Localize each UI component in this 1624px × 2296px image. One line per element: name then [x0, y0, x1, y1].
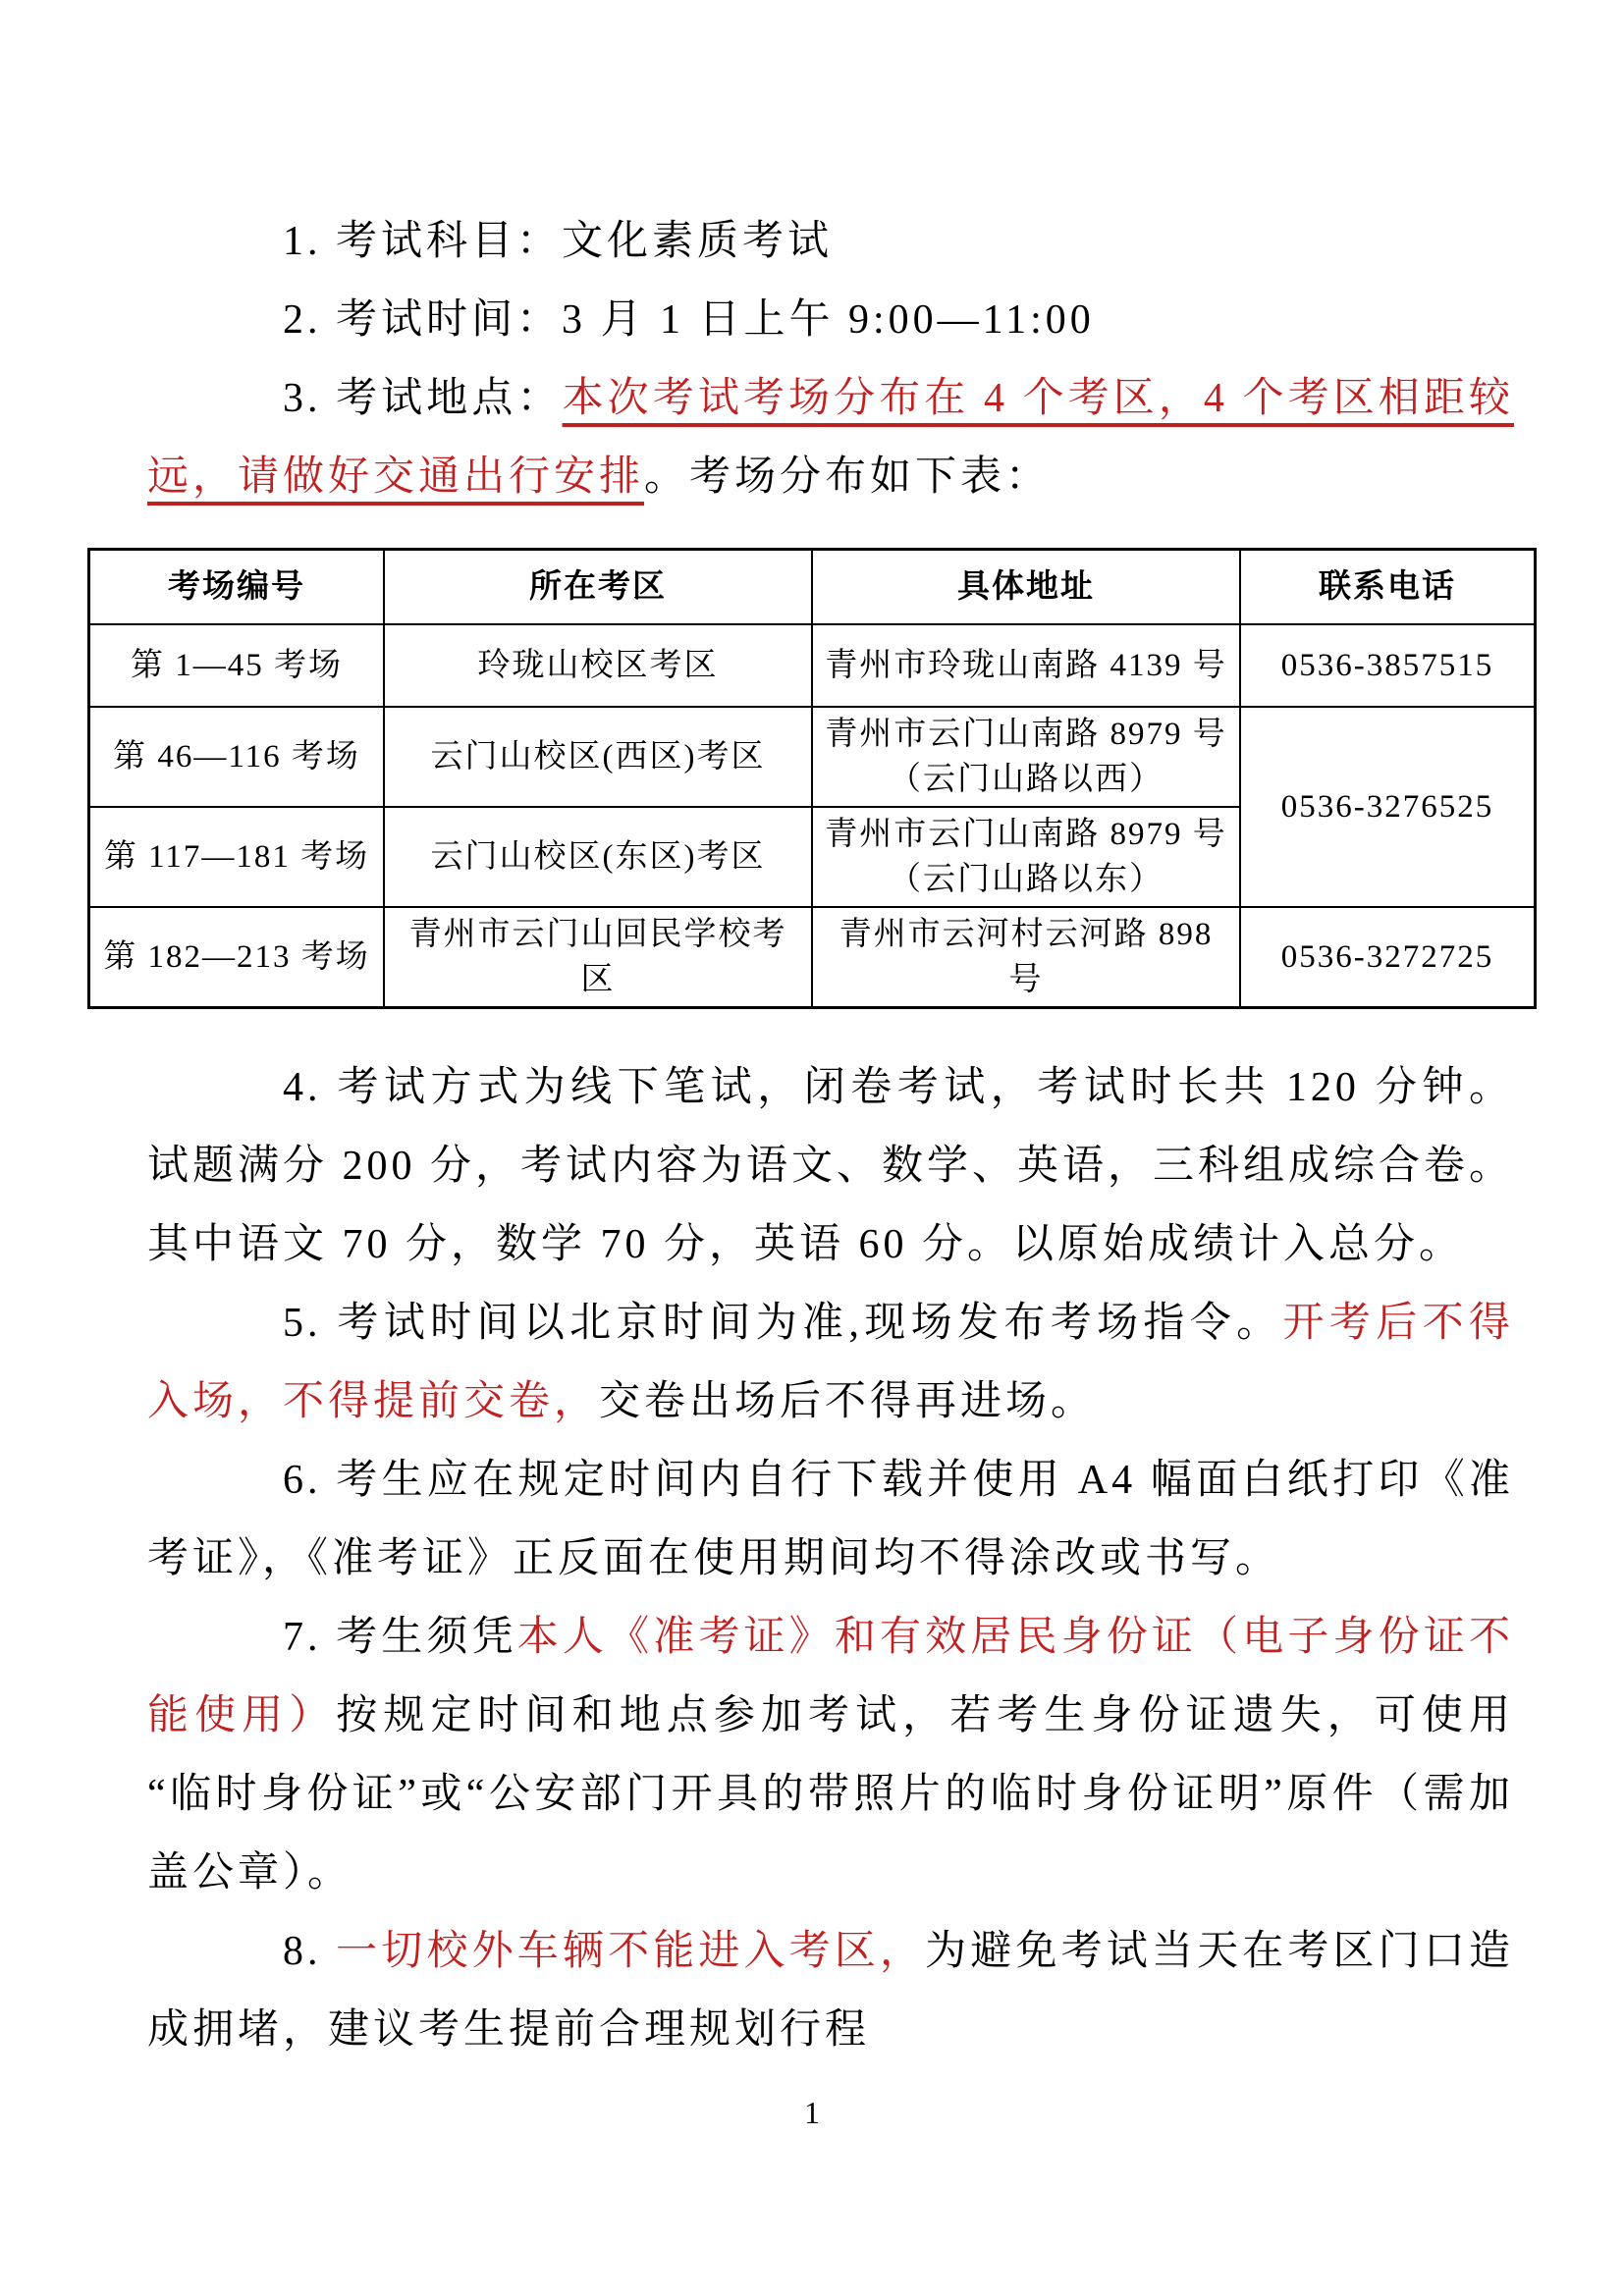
address-line-2: （云门山路以东）: [823, 857, 1229, 902]
cell-venue-range: 第 182—213 考场: [89, 907, 384, 1008]
item-exam-subject: 1. 考试科目：文化素质考试: [147, 202, 1514, 281]
col-header-address: 具体地址: [812, 550, 1240, 624]
item-id-suffix: 按规定时间和地点参加考试，若考生身份证遗失，可使用“临时身份证”或“公安部门开具…: [147, 1693, 1514, 1896]
notice-body: 1. 考试科目：文化素质考试 2. 考试时间：3 月 1 日上午 9:00—11…: [0, 0, 1624, 2131]
item-exam-location-suffix: 。考场分布如下表：: [644, 454, 1051, 500]
cell-phone-merged: 0536-3276525: [1240, 707, 1536, 907]
cell-phone: 0536-3272725: [1240, 907, 1536, 1008]
exam-venue-table: 考场编号 所在考区 具体地址 联系电话 第 1—45 考场 玲珑山校区考区 青州…: [87, 548, 1537, 1009]
cell-venue-range: 第 117—181 考场: [89, 807, 384, 907]
item-admission-ticket-text: 6. 考生应在规定时间内自行下载并使用 A4 幅面白纸打印《准考证》，《准考证》…: [147, 1458, 1514, 1581]
cell-address: 青州市玲珑山南路 4139 号: [812, 624, 1240, 707]
item-exam-timing-prefix: 5. 考试时间以北京时间为准,现场发布考场指令。: [283, 1301, 1283, 1346]
item-exam-timing-rules: 5. 考试时间以北京时间为准,现场发布考场指令。开考后不得入场，不得提前交卷，交…: [147, 1284, 1514, 1441]
item-exam-format: 4. 考试方式为线下笔试，闭卷考试，考试时长共 120 分钟。试题满分 200 …: [147, 1048, 1514, 1284]
cell-venue-range: 第 46—116 考场: [89, 707, 384, 807]
cell-venue-range: 第 1—45 考场: [89, 624, 384, 707]
cell-phone: 0536-3857515: [1240, 624, 1536, 707]
table-header-row: 考场编号 所在考区 具体地址 联系电话: [89, 550, 1536, 624]
item-id-prefix: 7. 考生须凭: [283, 1615, 517, 1660]
document-page: 1. 考试科目：文化素质考试 2. 考试时间：3 月 1 日上午 9:00—11…: [0, 0, 1624, 2296]
item-exam-time-text: 2. 考试时间：3 月 1 日上午 9:00—11:00: [283, 297, 1095, 343]
cell-district: 青州市云门山回民学校考区: [384, 907, 812, 1008]
table-row: 第 182—213 考场 青州市云门山回民学校考区 青州市云河村云河路 898 …: [89, 907, 1536, 1008]
item-vehicle-rules: 8. 一切校外车辆不能进入考区，为避免考试当天在考区门口造成拥堵，建议考生提前合…: [147, 1912, 1514, 2069]
col-header-phone: 联系电话: [1240, 550, 1536, 624]
item-exam-location-label: 3. 考试地点：: [283, 376, 563, 421]
cell-district: 云门山校区(东区)考区: [384, 807, 812, 907]
cell-district: 玲珑山校区考区: [384, 624, 812, 707]
table-row: 第 1—45 考场 玲珑山校区考区 青州市玲珑山南路 4139 号 0536-3…: [89, 624, 1536, 707]
vehicle-ban-highlight: 一切校外车辆不能进入考区，: [336, 1929, 925, 1974]
address-line-1: 青州市云门山南路 8979 号: [823, 812, 1229, 857]
item-vehicle-prefix: 8.: [283, 1929, 336, 1974]
item-exam-location: 3. 考试地点：本次考试考场分布在 4 个考区，4 个考区相距较远，请做好交通出…: [147, 359, 1514, 516]
address-line-1: 青州市云门山南路 8979 号: [823, 712, 1229, 757]
page-number: 1: [0, 2095, 1624, 2131]
cell-address: 青州市云门山南路 8979 号 （云门山路以东）: [812, 807, 1240, 907]
table-row: 第 46—116 考场 云门山校区(西区)考区 青州市云门山南路 8979 号 …: [89, 707, 1536, 807]
item-exam-subject-text: 1. 考试科目：文化素质考试: [283, 219, 833, 264]
item-exam-format-text: 4. 考试方式为线下笔试，闭卷考试，考试时长共 120 分钟。试题满分 200 …: [147, 1065, 1514, 1267]
address-line-2: （云门山路以西）: [823, 757, 1229, 802]
col-header-venue-number: 考场编号: [89, 550, 384, 624]
item-exam-time: 2. 考试时间：3 月 1 日上午 9:00—11:00: [147, 281, 1514, 359]
col-header-district: 所在考区: [384, 550, 812, 624]
item-id-requirements: 7. 考生须凭本人《准考证》和有效居民身份证（电子身份证不能使用）按规定时间和地…: [147, 1598, 1514, 1912]
item-admission-ticket: 6. 考生应在规定时间内自行下载并使用 A4 幅面白纸打印《准考证》，《准考证》…: [147, 1441, 1514, 1598]
cell-address: 青州市云门山南路 8979 号 （云门山路以西）: [812, 707, 1240, 807]
cell-district: 云门山校区(西区)考区: [384, 707, 812, 807]
item-exam-timing-suffix: 交卷出场后不得再进场。: [599, 1379, 1096, 1424]
cell-address: 青州市云河村云河路 898 号: [812, 907, 1240, 1008]
